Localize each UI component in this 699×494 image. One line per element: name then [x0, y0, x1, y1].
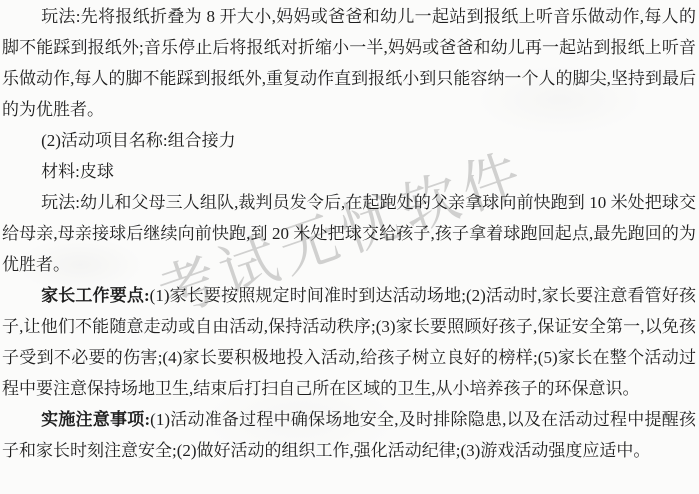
paragraph-text: 玩法:先将报纸折叠为 8 开大小,妈妈或爸爸和幼儿一起站到报纸上听音乐做动作,每…: [2, 7, 696, 119]
paragraph-materials: 材料:皮球: [2, 156, 696, 187]
document-content: 玩法:先将报纸折叠为 8 开大小,妈妈或爸爸和幼儿一起站到报纸上听音乐做动作,每…: [0, 0, 699, 494]
paragraph-parent-work-points: 家长工作要点:(1)家长要按照规定时间准时到达活动场地;(2)活动时,家长要注意…: [2, 280, 696, 404]
section-header-implementation-notes: 实施注意事项:: [41, 410, 150, 429]
paragraph-game-rules-1: 玩法:先将报纸折叠为 8 开大小,妈妈或爸爸和幼儿一起站到报纸上听音乐做动作,每…: [2, 1, 696, 125]
paragraph-game-rules-2: 玩法:幼儿和父母三人组队,裁判员发令后,在起跑处的父亲拿球向前快跑到 10 米处…: [2, 187, 696, 280]
paragraph-implementation-notes: 实施注意事项:(1)活动准备过程中确保场地安全,及时排除隐患,以及在活动过程中提…: [2, 404, 696, 466]
paragraph-text: 材料:皮球: [41, 162, 114, 181]
paragraph-activity-name: (2)活动项目名称:组合接力: [2, 125, 696, 156]
paragraph-text: 玩法:幼儿和父母三人组队,裁判员发令后,在起跑处的父亲拿球向前快跑到 10 米处…: [2, 193, 696, 274]
section-header-parent-work-points: 家长工作要点:: [41, 286, 150, 305]
paragraph-text: (2)活动项目名称:组合接力: [41, 131, 236, 150]
document-page: 考试无忧软件 玩法:先将报纸折叠为 8 开大小,妈妈或爸爸和幼儿一起站到报纸上听…: [0, 0, 699, 494]
